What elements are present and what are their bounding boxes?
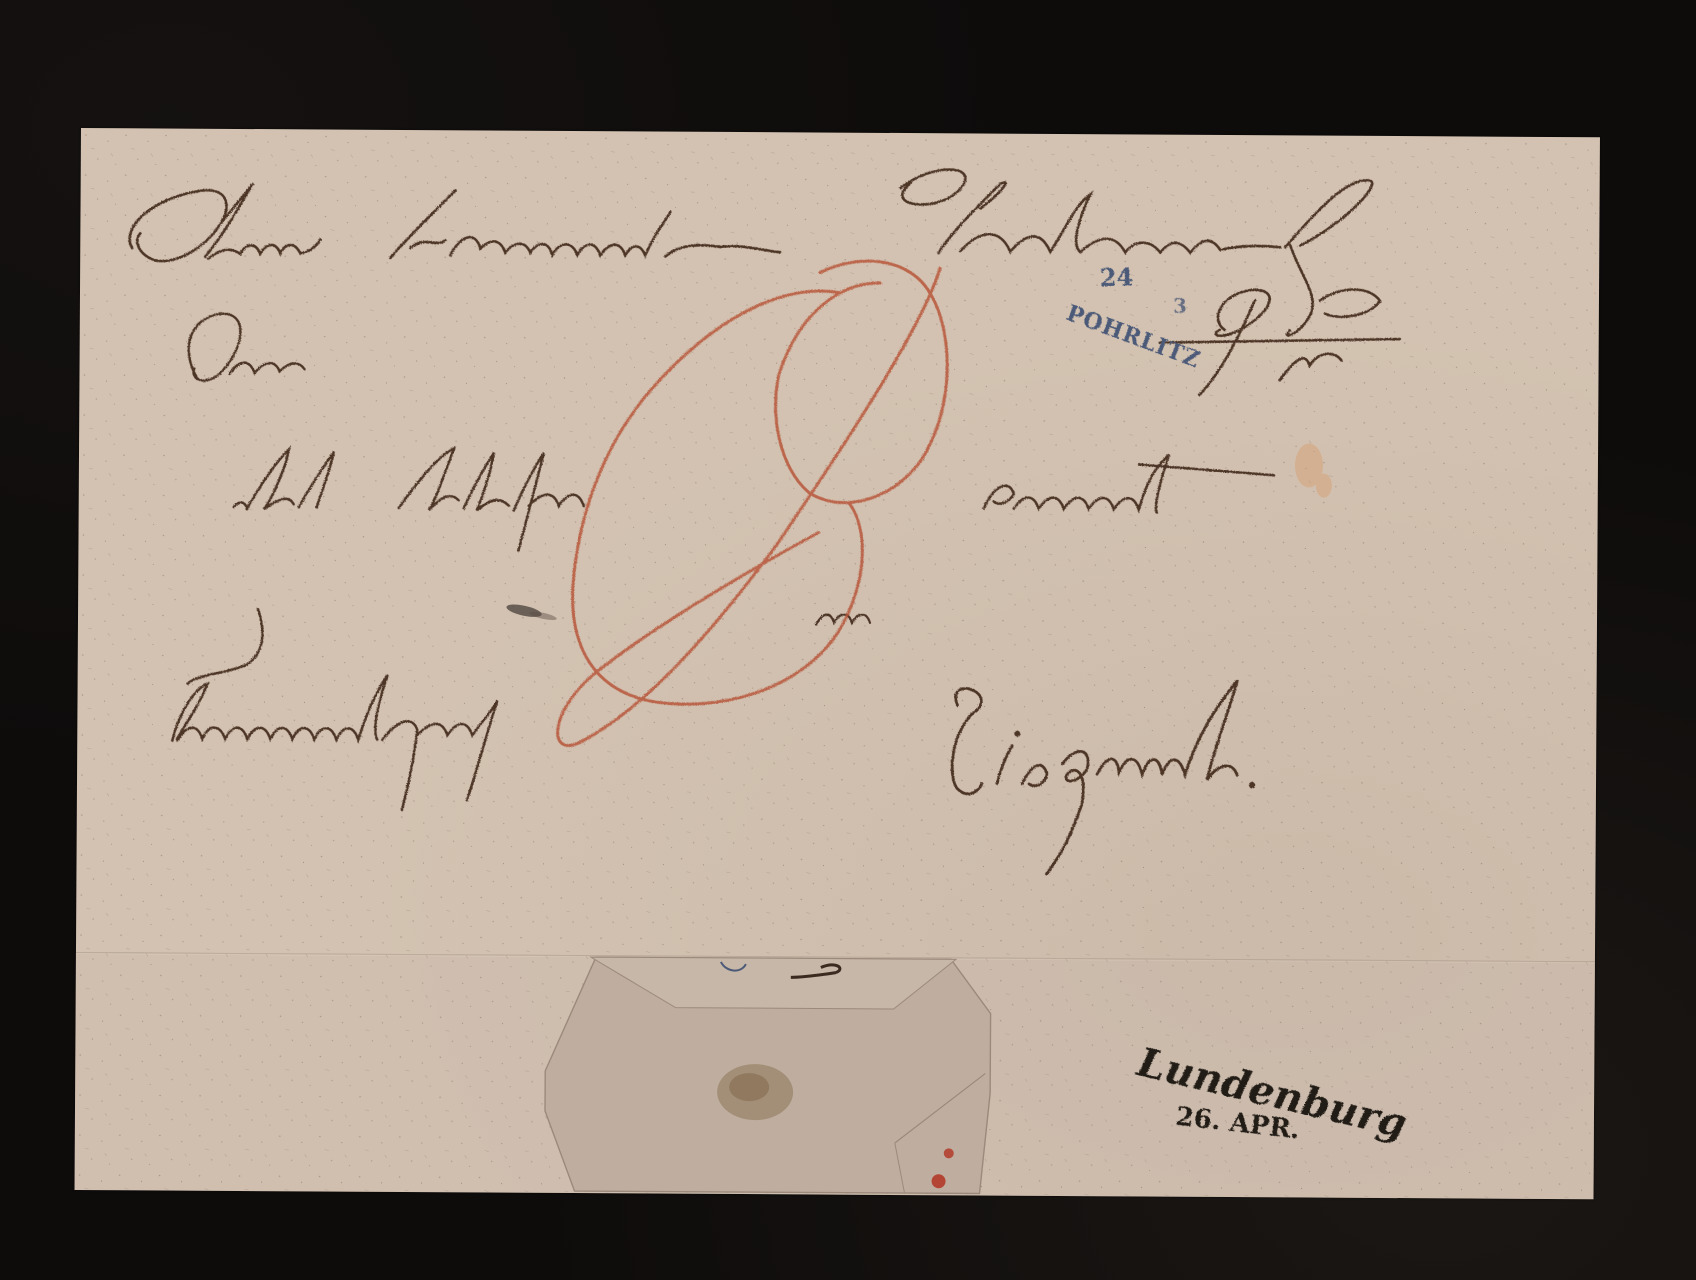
letter-sheet: Herrn Oberamts Verwalter Paalowitz Or. D…: [75, 128, 1600, 1199]
red-wax-residue: [932, 1174, 946, 1188]
seal-flap: 2: [545, 957, 991, 1194]
letter-markings: 24 3 POHRLITZ: [75, 128, 1600, 1199]
svg-text:3: 3: [1173, 294, 1187, 318]
svg-text:24: 24: [1099, 262, 1133, 292]
